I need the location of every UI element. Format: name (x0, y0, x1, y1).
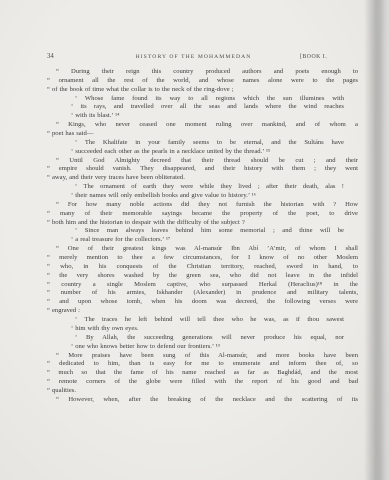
text-line: “ qualities. (47, 387, 358, 396)
text-line: ‘ him with thy own eyes. (47, 325, 358, 334)
text-line: ‘ with its blast.’ ¹⁴ (47, 112, 358, 121)
text-line: “ merely mention to thee a few circumsta… (47, 254, 358, 263)
text-line: “ of the book of time what the collar is… (47, 86, 358, 95)
text-line: ‘ By Allah, the succeeding generations w… (47, 334, 358, 343)
text-line: “ However, when, after the breaking of t… (47, 396, 358, 405)
running-title: HISTORY OF THE MOHAMMEDAN (87, 54, 300, 60)
text-line: ‘ The ornament of earth they were while … (47, 183, 358, 192)
text-line: “ and upon whose tomb, when his doom was… (47, 298, 358, 307)
text-line: ‘ Since man always leaves behind him som… (47, 227, 358, 236)
book-page: 34 HISTORY OF THE MOHAMMEDAN [BOOK I. “ … (0, 0, 389, 480)
text-line: “ Kings, who never ceased one moment rul… (47, 121, 358, 130)
text-line: “ engraved : (47, 307, 358, 316)
text-line: “ many of their memorable sayings became… (47, 210, 358, 219)
text-line: “ the very shores washed by the green se… (47, 272, 358, 281)
text-line: “ much so that the fame of his name reac… (47, 369, 358, 378)
text-line: ‘ The Khalifate in your family seems to … (47, 139, 358, 148)
text-line: “ During their reign this country produc… (47, 68, 358, 77)
text-line: “ dedicated to him, than is easy for me … (47, 360, 358, 369)
text-line: “ One of their greatest kings was Al-man… (47, 245, 358, 254)
text-line: ‘ succeeded each other as the pearls in … (47, 148, 358, 157)
text-line: ‘ its rays, and travelled over all the s… (47, 103, 358, 112)
text-line: “ both him and the historian to despair … (47, 219, 358, 228)
text-line: “ who, in his conquests of the Christian… (47, 263, 358, 272)
text-line: ‘ a real treasure for the collectors.’ ¹… (47, 236, 358, 245)
body-lines: “ During their reign this country produc… (47, 68, 358, 405)
text-line: “ remote corners of the globe were fille… (47, 378, 358, 387)
text-line: “ empire should vanish. They disappeared… (47, 165, 358, 174)
text-line: ‘ Whose fame found its way to all region… (47, 95, 358, 104)
text-line: “ poet has said— (47, 130, 358, 139)
text-line: ‘ their names will only embellish books … (47, 192, 358, 201)
text-line: “ ornament all the rest of the world, an… (47, 77, 358, 86)
text-line: “ For how many noble actions did they no… (47, 201, 358, 210)
page-number: 34 (47, 53, 87, 60)
text-line: ‘ one who knows better how to defend our… (47, 343, 358, 352)
page-header: 34 HISTORY OF THE MOHAMMEDAN [BOOK I. (47, 53, 358, 63)
text-line: “ away, and their very traces have been … (47, 174, 358, 183)
text-line: “ country a single Moslem captive, who s… (47, 281, 358, 290)
book-label: [BOOK I. (300, 54, 358, 60)
text-line: ‘ The traces he left behind will tell th… (47, 316, 358, 325)
text-line: “ number of his armies, Iskhander (Alexa… (47, 289, 358, 298)
text-line: “ Until God Almighty decreed that their … (47, 157, 358, 166)
text-line: “ More praises have been sung of this Al… (47, 352, 358, 361)
